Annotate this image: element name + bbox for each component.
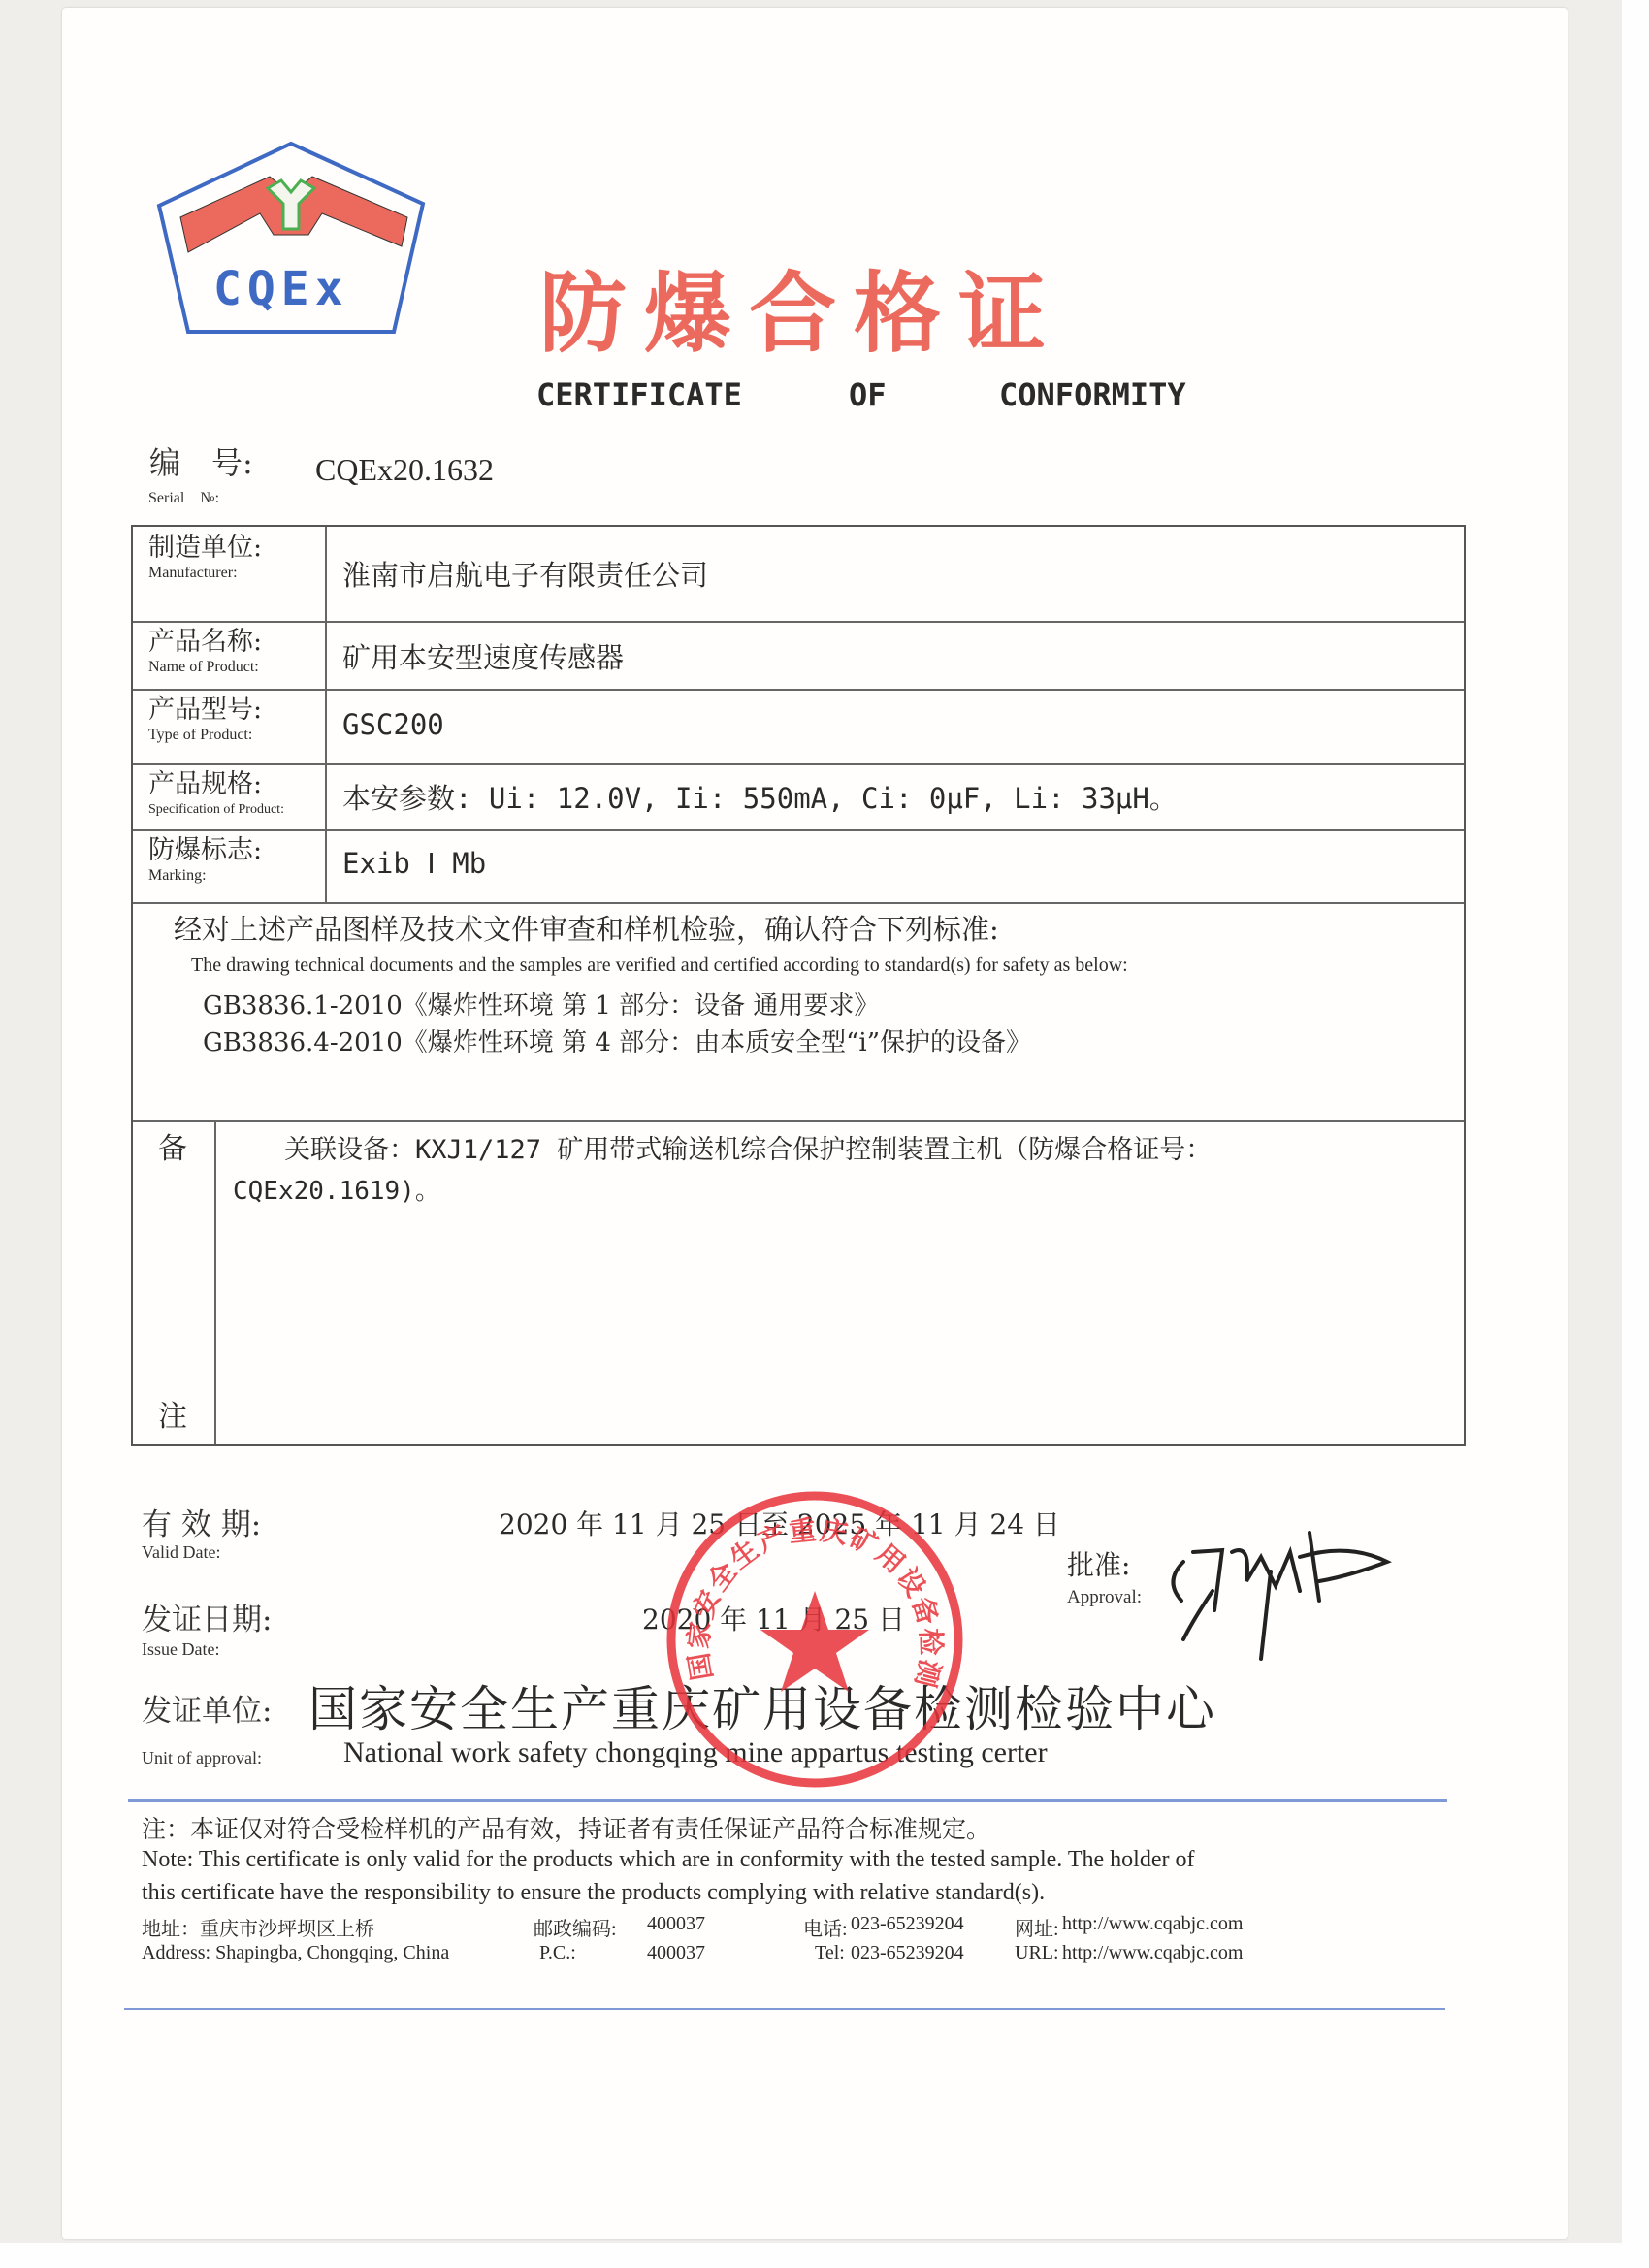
remarks-section: 备 注 关联设备：KXJ1/127 矿用带式输送机综合保护控制装置主机（防爆合格… (133, 1120, 1464, 1444)
row-product-name: 产品名称: Name of Product: 矿用本安型速度传感器 (133, 621, 1464, 691)
postcode-value-en: 400037 (647, 1942, 705, 1964)
label-cn: 制造单位: (148, 533, 325, 564)
issue-date-label-en: Issue Date: (142, 1639, 219, 1660)
issue-date-label-cn: 发证日期: (142, 1595, 272, 1638)
footer-divider-top (128, 1799, 1447, 1802)
row-manufacturer: 制造单位: Manufacturer: 淮南市启航电子有限责任公司 (133, 527, 1464, 623)
tel-label-cn: 电话: (803, 1913, 848, 1941)
standards-intro-cn: 经对上述产品图样及技术文件审查和样机检验，确认符合下列标准: (174, 908, 1464, 948)
product-name-value: 矿用本安型速度传感器 (342, 636, 624, 676)
approval-label-cn: 批准: (1067, 1544, 1130, 1583)
marking-value: Exib Ⅰ Mb (342, 847, 486, 880)
standard-item: GB3836.1-2010《爆炸性环境 第 1 部分：设备 通用要求》 (203, 986, 1464, 1021)
label-en: Name of Product: (148, 658, 325, 677)
remarks-text-line1: 关联设备：KXJ1/127 矿用带式输送机综合保护控制装置主机（防爆合格证号： (284, 1128, 1212, 1166)
title-en-conformity: CONFORMITY (999, 376, 1186, 413)
issuer-label-cn: 发证单位: (142, 1686, 272, 1730)
certificate-table: 制造单位: Manufacturer: 淮南市启航电子有限责任公司 产品名称: … (131, 525, 1466, 1446)
row-product-type: 产品型号: Type of Product: GSC200 (133, 689, 1464, 765)
title-en-certificate: CERTIFICATE (536, 376, 742, 413)
issuer-label-en: Unit of approval: (142, 1748, 262, 1768)
label-cn: 产品规格: (148, 769, 325, 800)
address-cn: 地址：重庆市沙坪坝区上桥 (142, 1913, 374, 1941)
label-en: Manufacturer: (148, 564, 325, 583)
tel-value: 023-65239204 (851, 1913, 964, 1935)
standards-intro-en: The drawing technical documents and the … (191, 955, 1464, 977)
tel-value-en: 023-65239204 (851, 1942, 964, 1964)
postcode-label-en: P.C.: (539, 1942, 576, 1964)
label-cell: 产品名称: Name of Product: (133, 621, 327, 689)
remarks-label-column: 备 注 (133, 1120, 216, 1444)
title-en-of: OF (849, 376, 887, 413)
label-en: Specification of Product: (148, 800, 325, 820)
row-specification: 产品规格: Specification of Product: 本安参数: Ui… (133, 763, 1464, 831)
url-link-en[interactable]: http://www.cqabjc.com (1062, 1942, 1243, 1964)
signature-icon (1154, 1504, 1406, 1669)
url-label-en: URL: (1015, 1942, 1059, 1964)
address-en: Address: Shapingba, Chongqing, China (142, 1942, 449, 1964)
label-cell: 制造单位: Manufacturer: (133, 527, 327, 621)
standard-item: GB3836.4-2010《爆炸性环境 第 4 部分：由本质安全型“i”保护的设… (203, 1022, 1464, 1058)
label-cell: 防爆标志: Marking: (133, 829, 327, 902)
logo-text: CQEx (213, 262, 349, 316)
standards-section: 经对上述产品图样及技术文件审查和样机检验，确认符合下列标准: The drawi… (133, 902, 1464, 1122)
label-cell: 产品规格: Specification of Product: (133, 763, 327, 829)
url-link[interactable]: http://www.cqabjc.com (1062, 1913, 1243, 1935)
valid-date-label-en: Valid Date: (142, 1542, 220, 1563)
serial-label-en: Serial №: (148, 485, 219, 507)
postcode-label-cn: 邮政编码: (533, 1913, 617, 1941)
footer-divider-bottom (124, 2008, 1445, 2010)
serial-number: CQEx20.1632 (315, 452, 494, 488)
remarks-text-line2: CQEx20.1619)。 (233, 1171, 440, 1207)
label-cn: 防爆标志: (148, 835, 325, 866)
serial-label-cn: 编 号: (149, 438, 253, 483)
remarks-label-bottom: 注 (158, 1392, 187, 1435)
label-en: Marking: (148, 866, 325, 886)
product-type-value: GSC200 (342, 708, 444, 741)
url-label-cn: 网址: (1015, 1913, 1059, 1941)
label-cn: 产品型号: (148, 695, 325, 726)
footer-note-en-2: this certificate have the responsibility… (142, 1880, 1045, 1906)
cqex-logo: CQEx (153, 138, 430, 340)
label-cn: 产品名称: (148, 627, 325, 658)
title-chinese: 防爆合格证 (539, 243, 1063, 369)
footer-note-en-1: Note: This certificate is only valid for… (142, 1847, 1194, 1873)
remarks-label-top: 备 (158, 1124, 187, 1167)
tel-label-en: Tel: (815, 1942, 845, 1964)
approval-label-en: Approval: (1067, 1587, 1142, 1608)
official-seal-icon: 国家安全生产重庆矿用设备检测检验中心 (660, 1484, 970, 1795)
postcode-value: 400037 (647, 1913, 705, 1935)
row-marking: 防爆标志: Marking: Exib Ⅰ Mb (133, 829, 1464, 904)
manufacturer-value: 淮南市启航电子有限责任公司 (342, 554, 708, 594)
label-cell: 产品型号: Type of Product: (133, 689, 327, 763)
valid-date-label-cn: 有 效 期: (142, 1500, 261, 1543)
footer-note-cn: 注：本证仅对符合受检样机的产品有效，持证者有责任保证产品符合标准规定。 (142, 1810, 990, 1845)
specification-value: 本安参数: Ui: 12.0V, Ii: 550mA, Ci: 0μF, Li:… (342, 777, 1178, 817)
label-en: Type of Product: (148, 726, 325, 745)
